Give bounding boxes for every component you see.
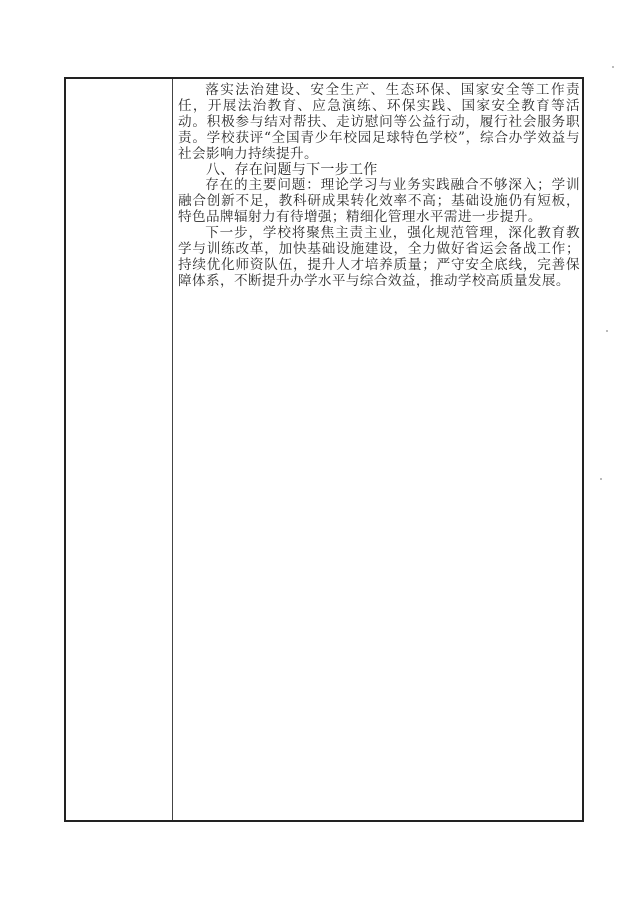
paragraph-main-problems: 存在的主要问题：理论学习与业务实践融合不够深入；学训融合创新不足，教科研成果转化…	[178, 178, 580, 226]
report-table: 落实法治建设、安全生产、生态环保、国家安全等工作责任，开展法治教育、应急演练、环…	[64, 77, 584, 822]
paragraph-next-steps: 下一步，学校将聚焦主责主业，强化规范管理，深化教育教学与训练改革，加快基础设施建…	[178, 226, 580, 290]
paragraph-responsibilities: 落实法治建设、安全生产、生态环保、国家安全等工作责任，开展法治教育、应急演练、环…	[178, 83, 580, 163]
label-cell	[66, 79, 173, 820]
scan-speck	[606, 330, 608, 332]
content-cell: 落实法治建设、安全生产、生态环保、国家安全等工作责任，开展法治教育、应急演练、环…	[174, 79, 582, 820]
scan-speck	[600, 478, 602, 480]
scan-speck	[612, 66, 614, 68]
